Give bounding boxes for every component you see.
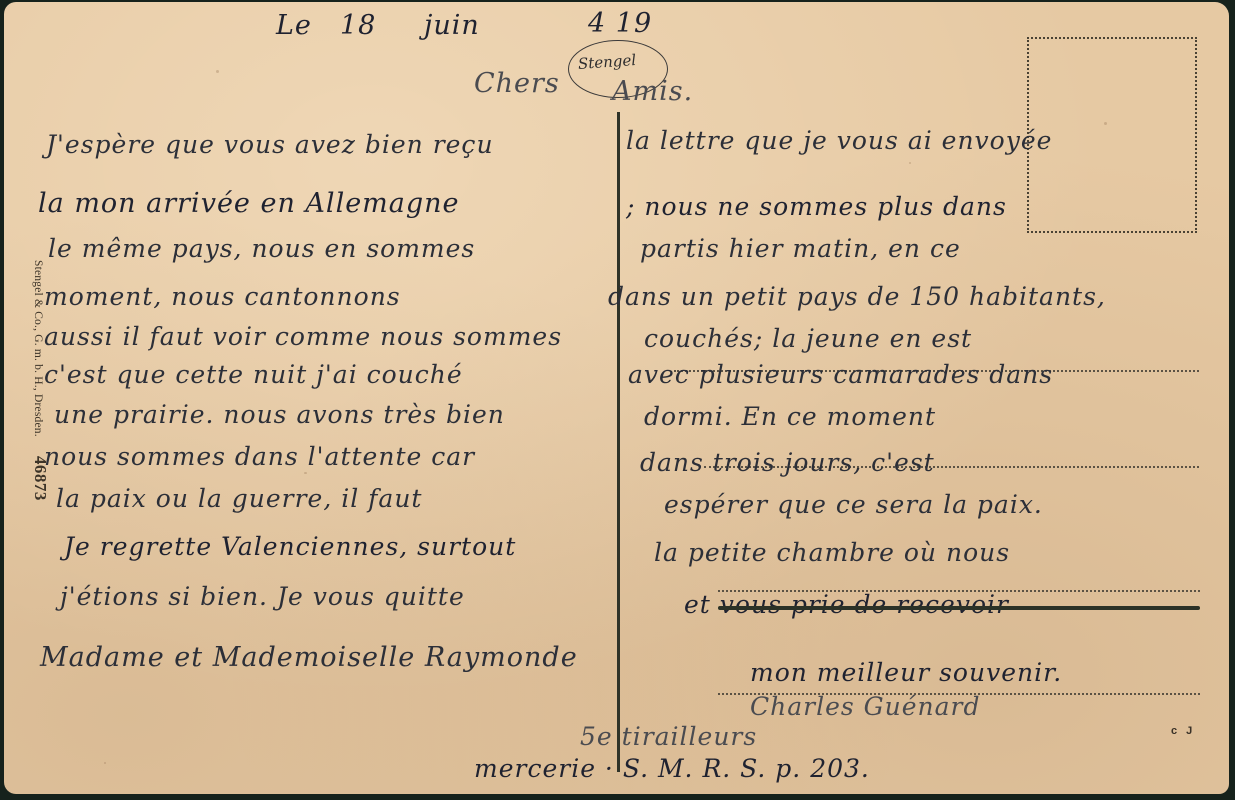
strike-through-line bbox=[718, 606, 1200, 610]
letter-line-left-9: la paix ou la guerre, il faut bbox=[56, 484, 422, 513]
date-year: 4 19 bbox=[588, 8, 652, 39]
date-month: juin bbox=[424, 10, 480, 41]
letter-line-right-8: dans trois jours, c'est bbox=[640, 448, 935, 477]
letter-line-left-1: J'espère que vous avez bien reçu bbox=[46, 130, 494, 159]
date-day: 18 bbox=[340, 10, 376, 41]
letter-line-left-3: le même pays, nous en sommes bbox=[48, 234, 475, 263]
salutation-chers: Chers bbox=[474, 68, 560, 99]
printer-mark: c J bbox=[1171, 725, 1195, 737]
letter-line-left-8: nous sommes dans l'attente car bbox=[44, 442, 475, 471]
letter-line-left-6: c'est que cette nuit j'ai couché bbox=[44, 360, 463, 389]
letter-line-right-11-struck: et vous prie de recevoir bbox=[684, 590, 1009, 619]
date-prefix: Le bbox=[276, 10, 312, 41]
letter-line-right-12: mon meilleur souvenir. bbox=[750, 658, 1062, 687]
letter-line-left-2: la mon arrivée en Allemagne bbox=[38, 188, 460, 219]
letter-line-right-6: avec plusieurs camarades dans bbox=[628, 360, 1053, 389]
stamp-box bbox=[1027, 37, 1197, 233]
letter-line-right-5: couchés; la jeune en est bbox=[644, 324, 972, 353]
postcard: Stengel & Co., G. m. b. H., Dresden. 468… bbox=[4, 2, 1229, 794]
letter-line-left-7: une prairie. nous avons très bien bbox=[54, 400, 505, 429]
letter-line-right-2: ; nous ne sommes plus dans bbox=[626, 192, 1007, 221]
letter-line-right-3: partis hier matin, en ce bbox=[640, 234, 961, 263]
letter-line-right-9: espérer que ce sera la paix. bbox=[664, 490, 1043, 519]
paper-speck bbox=[104, 762, 106, 764]
letter-line-right-4: dans un petit pays de 150 habitants, bbox=[608, 282, 1106, 311]
letter-line-left-11: j'étions si bien. Je vous quitte bbox=[60, 582, 465, 611]
letter-line-left-12: Madame et Mademoiselle Raymonde bbox=[40, 642, 578, 673]
scan-background: Stengel & Co., G. m. b. H., Dresden. 468… bbox=[0, 0, 1235, 800]
letter-line-right-7: dormi. En ce moment bbox=[644, 402, 936, 431]
signature: Charles Guénard bbox=[750, 692, 980, 721]
letter-line-left-4: moment, nous cantonnons bbox=[44, 282, 401, 311]
letter-line-right-10: la petite chambre où nous bbox=[654, 538, 1010, 567]
letter-line-left-10: Je regrette Valenciennes, surtout bbox=[64, 532, 516, 561]
paper-speck bbox=[909, 162, 911, 164]
sender-address: mercerie · S. M. R. S. p. 203. bbox=[474, 754, 870, 783]
paper-speck bbox=[216, 70, 219, 73]
salutation-amis: Amis. bbox=[612, 76, 693, 107]
letter-line-left-5: aussi il faut voir comme nous sommes bbox=[44, 322, 562, 351]
unit-designation: 5e tirailleurs bbox=[580, 722, 757, 751]
letter-line-right-1: la lettre que je vous ai envoyée bbox=[626, 126, 1052, 155]
paper-speck bbox=[304, 472, 307, 474]
publisher-name: Stengel & Co., G. m. b. H., Dresden. bbox=[32, 260, 44, 437]
stengel-stamp-text: Stengel bbox=[577, 51, 636, 73]
center-divider-line bbox=[617, 112, 620, 772]
